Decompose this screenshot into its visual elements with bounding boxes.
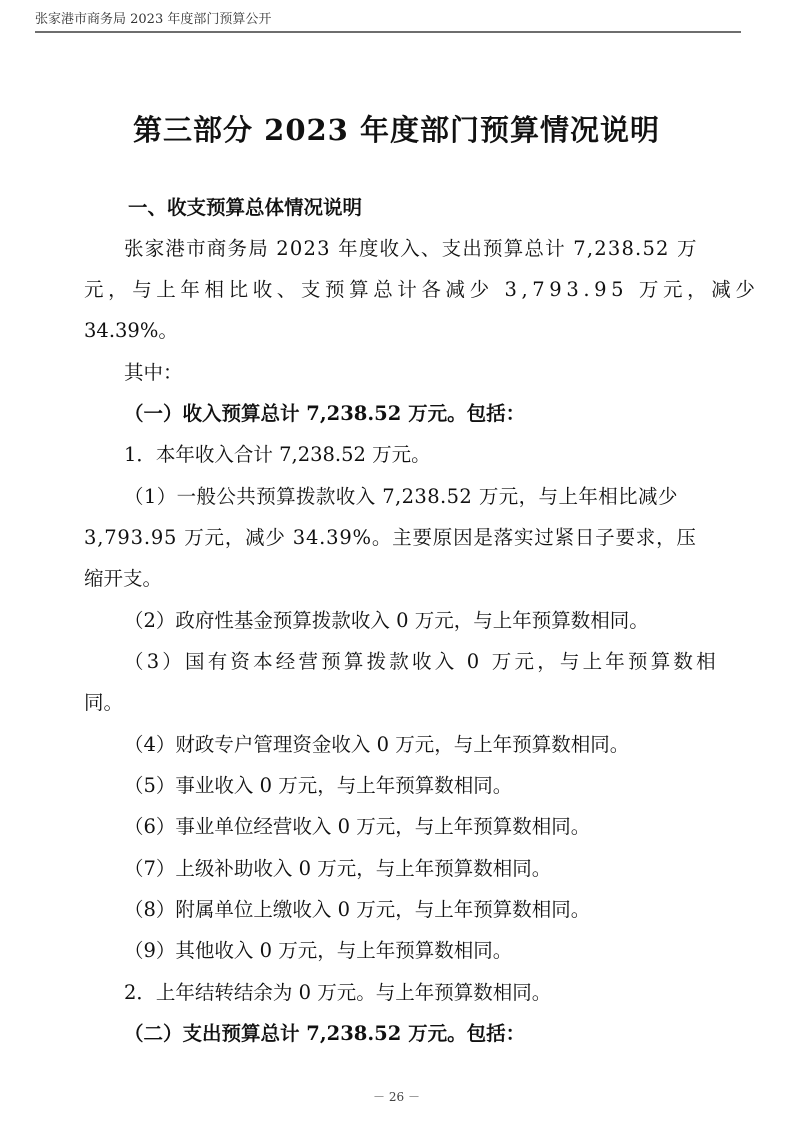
list-item: （6）事业单位经营收入 0 万元，与上年预算数相同。: [124, 811, 590, 839]
list-item: （4）财政专户管理资金收入 0 万元，与上年预算数相同。: [124, 729, 629, 757]
list-item: （8）附属单位上缴收入 0 万元，与上年预算数相同。: [124, 894, 590, 922]
list-item: （1）一般公共预算拨款收入 7,238.52 万元，与上年相比减少: [124, 481, 678, 509]
subsection-heading-expenditure: （二）支出预算总计 7,238.52 万元。包括：: [124, 1018, 525, 1046]
header-divider: [35, 31, 741, 33]
list-item: （5）事业收入 0 万元，与上年预算数相同。: [124, 770, 512, 798]
list-item: （3）国有资本经营预算拨款收入 0 万元，与上年预算数相: [124, 646, 719, 674]
subsection-heading-income: （一）收入预算总计 7,238.52 万元。包括：: [124, 398, 525, 426]
list-item: （9）其他收入 0 万元，与上年预算数相同。: [124, 935, 512, 963]
list-item: 1．本年收入合计 7,238.52 万元。: [124, 439, 431, 467]
page-title: 第三部分 2023 年度部门预算情况说明: [0, 108, 793, 149]
page-number: － 26 －: [0, 1088, 793, 1105]
paragraph-line: 同。: [84, 687, 123, 715]
paragraph-line: 3,793.95 万元，减少 34.39%。主要原因是落实过紧日子要求，压: [84, 522, 697, 550]
section-heading: 一、收支预算总体情况说明: [128, 192, 362, 220]
running-header: 张家港市商务局 2023 年度部门预算公开: [35, 8, 271, 27]
paragraph-line: 张家港市商务局 2023 年度收入、支出预算总计 7,238.52 万: [124, 233, 698, 261]
paragraph-line: 34.39%。: [84, 315, 178, 343]
paragraph-line: 缩开支。: [84, 563, 162, 591]
paragraph-line: 其中：: [124, 357, 183, 385]
list-item: 2．上年结转结余为 0 万元。与上年预算数相同。: [124, 977, 551, 1005]
paragraph-line: 元，与上年相比收、支预算总计各减少 3,793.95 万元，减少: [84, 274, 759, 302]
list-item: （7）上级补助收入 0 万元，与上年预算数相同。: [124, 853, 551, 881]
list-item: （2）政府性基金预算拨款收入 0 万元，与上年预算数相同。: [124, 605, 649, 633]
